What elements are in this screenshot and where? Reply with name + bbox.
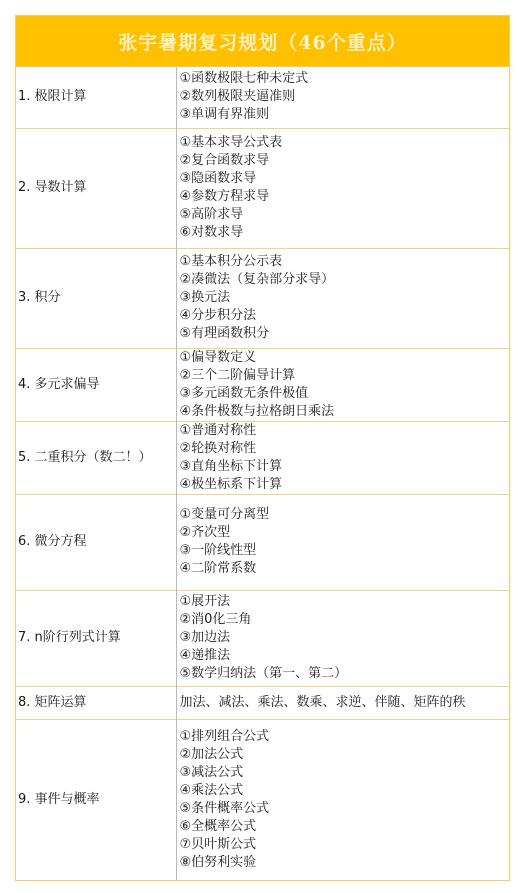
- key-point: ④条件极数与拉格朗日乘法: [180, 403, 510, 421]
- topic-cell: 6. 微分方程: [16, 494, 176, 590]
- key-point: ④参数方程求导: [180, 188, 510, 206]
- key-point: ③单调有界准则: [180, 106, 510, 124]
- key-points-cell: ①偏导数定义②三个二阶偏导计算③多元函数无条件极值④条件极数与拉格朗日乘法: [176, 348, 509, 421]
- table-row: 4. 多元求偏导①偏导数定义②三个二阶偏导计算③多元函数无条件极值④条件极数与拉…: [16, 348, 509, 421]
- topic-cell: 4. 多元求偏导: [16, 348, 176, 421]
- key-point: ②数列极限夹逼准则: [180, 88, 510, 106]
- key-point: ④二阶常系数: [180, 560, 510, 578]
- key-points-cell: 加法、减法、乘法、数乘、求逆、伴随、矩阵的秩: [176, 686, 509, 719]
- topic-cell: 1. 极限计算: [16, 67, 176, 128]
- key-point: ⑥对数求导: [180, 224, 510, 242]
- key-point: ①函数极限七种未定式: [180, 70, 510, 88]
- table-row: 8. 矩阵运算加法、减法、乘法、数乘、求逆、伴随、矩阵的秩: [16, 686, 509, 719]
- key-point: ①排列组合公式: [180, 728, 510, 746]
- key-points-cell: ①展开法②消0化三角③加边法④递推法⑤数学归纳法（第一、第二）: [176, 590, 509, 686]
- table-row: 7. n阶行列式计算①展开法②消0化三角③加边法④递推法⑤数学归纳法（第一、第二…: [16, 590, 509, 686]
- table-row: 2. 导数计算①基本求导公式表②复合函数求导③隐函数求导④参数方程求导⑤高阶求导…: [16, 128, 509, 248]
- topic-cell: 2. 导数计算: [16, 128, 176, 248]
- key-points-cell: ①变量可分离型②齐次型③一阶线性型④二阶常系数: [176, 494, 509, 590]
- key-point: ⑤条件概率公式: [180, 800, 510, 818]
- key-point: ②凑微法（复杂部分求导）: [180, 271, 510, 289]
- key-point: ①变量可分离型: [180, 506, 510, 524]
- key-point: ③加边法: [180, 629, 510, 647]
- key-point: ④极坐标系下计算: [180, 476, 510, 494]
- key-points-cell: ①排列组合公式②加法公式③减法公式④乘法公式⑤条件概率公式⑥全概率公式⑦贝叶斯公…: [176, 719, 509, 880]
- key-point: ⑤有理函数积分: [180, 325, 510, 343]
- table-row: 6. 微分方程①变量可分离型②齐次型③一阶线性型④二阶常系数: [16, 494, 509, 590]
- study-plan-table: 张宇暑期复习规划（46个重点） 1. 极限计算①函数极限七种未定式②数列极限夹逼…: [15, 15, 510, 881]
- table-row: 1. 极限计算①函数极限七种未定式②数列极限夹逼准则③单调有界准则: [16, 67, 509, 128]
- key-point: ②三个二阶偏导计算: [180, 367, 510, 385]
- table-title: 张宇暑期复习规划（46个重点）: [118, 28, 406, 55]
- table-header: 张宇暑期复习规划（46个重点）: [16, 16, 509, 67]
- key-point: ②消0化三角: [180, 611, 510, 629]
- key-points-cell: ①普通对称性②轮换对称性③直角坐标下计算④极坐标系下计算: [176, 421, 509, 494]
- key-points-cell: ①函数极限七种未定式②数列极限夹逼准则③单调有界准则: [176, 67, 509, 128]
- key-point: ④递推法: [180, 647, 510, 665]
- key-points-cell: ①基本积分公示表②凑微法（复杂部分求导）③换元法④分步积分法⑤有理函数积分: [176, 248, 509, 348]
- key-point: ③换元法: [180, 289, 510, 307]
- key-point: ④乘法公式: [180, 782, 510, 800]
- key-point: ②加法公式: [180, 746, 510, 764]
- key-point: ⑦贝叶斯公式: [180, 836, 510, 854]
- table-row: 9. 事件与概率①排列组合公式②加法公式③减法公式④乘法公式⑤条件概率公式⑥全概…: [16, 719, 509, 880]
- key-point: ①偏导数定义: [180, 349, 510, 367]
- key-point: ①基本求导公式表: [180, 134, 510, 152]
- key-point: ③直角坐标下计算: [180, 458, 510, 476]
- key-point: ②轮换对称性: [180, 440, 510, 458]
- key-point: ②齐次型: [180, 524, 510, 542]
- topic-cell: 3. 积分: [16, 248, 176, 348]
- plan-table-body: 1. 极限计算①函数极限七种未定式②数列极限夹逼准则③单调有界准则2. 导数计算…: [16, 67, 509, 880]
- key-point: 加法、减法、乘法、数乘、求逆、伴随、矩阵的秩: [180, 694, 510, 712]
- key-points-cell: ①基本求导公式表②复合函数求导③隐函数求导④参数方程求导⑤高阶求导⑥对数求导: [176, 128, 509, 248]
- key-point: ⑤数学归纳法（第一、第二）: [180, 665, 510, 683]
- key-point: ②复合函数求导: [180, 152, 510, 170]
- key-point: ③隐函数求导: [180, 170, 510, 188]
- key-point: ③一阶线性型: [180, 542, 510, 560]
- key-point: ③多元函数无条件极值: [180, 385, 510, 403]
- topic-cell: 8. 矩阵运算: [16, 686, 176, 719]
- topic-cell: 7. n阶行列式计算: [16, 590, 176, 686]
- key-point: ④分步积分法: [180, 307, 510, 325]
- topic-cell: 5. 二重积分（数二！）: [16, 421, 176, 494]
- key-point: ①普通对称性: [180, 422, 510, 440]
- key-point: ⑧伯努利实验: [180, 854, 510, 872]
- key-point: ①基本积分公示表: [180, 253, 510, 271]
- table-row: 5. 二重积分（数二！）①普通对称性②轮换对称性③直角坐标下计算④极坐标系下计算: [16, 421, 509, 494]
- key-point: ①展开法: [180, 593, 510, 611]
- topic-cell: 9. 事件与概率: [16, 719, 176, 880]
- key-point: ⑥全概率公式: [180, 818, 510, 836]
- table-row: 3. 积分①基本积分公示表②凑微法（复杂部分求导）③换元法④分步积分法⑤有理函数…: [16, 248, 509, 348]
- key-point: ⑤高阶求导: [180, 206, 510, 224]
- key-point: ③减法公式: [180, 764, 510, 782]
